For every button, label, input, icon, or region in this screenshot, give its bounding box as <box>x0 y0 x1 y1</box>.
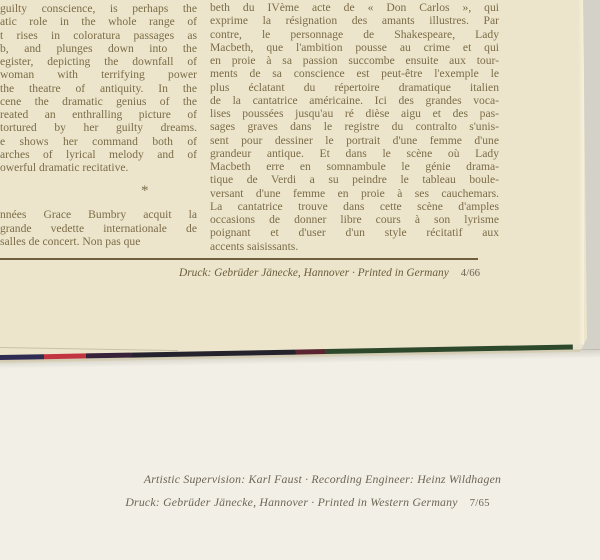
text-line: grande vedette internationale de <box>0 222 197 235</box>
paper-crease <box>0 347 178 351</box>
record-sleeve-photo: Artistic Supervision: Karl Faust · Recor… <box>0 0 600 560</box>
text-line: the theatre of antiquity. In the <box>0 82 197 95</box>
text-line: t rises in coloratura passages as <box>0 29 197 42</box>
text-line: occasions de donner libre cours à son ly… <box>210 213 499 226</box>
text-line: accents saisissants. <box>210 240 499 253</box>
footer-rule <box>0 258 478 260</box>
liner-notes-right-column: beth du IVème acte de « Don Carlos », qu… <box>210 1 499 253</box>
print-code: 7/65 <box>470 497 490 509</box>
liner-notes-left-column: guilty conscience, is perhaps theatic ro… <box>0 2 197 248</box>
credits-line: Artistic Supervision: Karl Faust · Recor… <box>55 472 590 487</box>
text-line: en proie à sa passion succombe ensuite a… <box>210 54 499 67</box>
text-line: grandeur antique. Et dans le scène où La… <box>210 147 499 160</box>
imprint-text: Druck: Gebrüder Jänecke, Hannover · Prin… <box>125 495 457 509</box>
text-line: versant d'une femme en proie à ses cauch… <box>210 187 499 200</box>
text-line: sent pour dessiner le portrait d'une fem… <box>210 134 499 147</box>
text-line: arches of lyrical melody and of <box>0 148 197 161</box>
text-line: plus éclatant du répertoire dramatique i… <box>210 81 499 94</box>
text-line: salles de concert. Non pas que <box>0 235 197 248</box>
text-line: reated an enthralling picture of <box>0 108 197 121</box>
text-line: ments de sa conscience est peut-être l'e… <box>210 67 499 80</box>
upper-print-code: 4/66 <box>461 267 480 279</box>
text-line: guilty conscience, is perhaps the <box>0 2 197 15</box>
text-line: tortured by her guilty dreams. <box>0 121 197 134</box>
text-line: b, and plunges down into the <box>0 42 197 55</box>
upper-imprint-text: Druck: Gebrüder Jänecke, Hannover · Prin… <box>179 267 449 279</box>
text-line: Macbeth erre en somnambule le génie dram… <box>210 160 499 173</box>
text-line: contre, le personnage de Shakespeare, La… <box>210 28 499 41</box>
text-line: de la cantatrice américaine. Ici des gra… <box>210 94 499 107</box>
credits-text: Artistic Supervision: Karl Faust · Recor… <box>144 472 501 486</box>
paper-edge-highlight <box>578 0 584 345</box>
text-line: woman with terrifying power <box>0 68 197 81</box>
left-column-block-b: nnées Grace Bumbry acquit lagrande vedet… <box>0 208 197 248</box>
text-line: egister, depicting the downfall of <box>0 55 197 68</box>
text-line: lises poussées jusqu'au ré dièse aigu et… <box>210 107 499 120</box>
text-line: owerful dramatic recitative. <box>0 161 197 174</box>
text-line: Macbeth, que l'ambition pousse au crime … <box>210 41 499 54</box>
text-line: poignant et d'user d'un style récitatif … <box>210 226 499 239</box>
text-line: tique de Verdi a su peindre le tableau b… <box>210 173 499 186</box>
text-line: atic role in the whole range of <box>0 15 197 28</box>
text-line: nnées Grace Bumbry acquit la <box>0 208 197 221</box>
text-line: exprime la résignation des amants illust… <box>210 14 499 27</box>
text-line: La cantatrice trouve dans cette scène d'… <box>210 200 499 213</box>
text-line: beth du IVème acte de « Don Carlos », qu… <box>210 1 499 14</box>
imprint-line: Druck: Gebrüder Jänecke, Hannover · Prin… <box>25 495 590 510</box>
upper-sleeve: guilty conscience, is perhaps theatic ro… <box>0 0 587 363</box>
text-line: sages graves dans le registre du contral… <box>210 120 499 133</box>
left-column-block-a: guilty conscience, is perhaps theatic ro… <box>0 2 197 174</box>
upper-imprint-line: Druck: Gebrüder Jänecke, Hannover · Prin… <box>0 267 480 279</box>
asterisk-separator: * <box>0 174 197 208</box>
text-line: e shows her command both of <box>0 135 197 148</box>
lower-sleeve: Artistic Supervision: Karl Faust · Recor… <box>0 350 600 560</box>
text-line: cene the dramatic genius of the <box>0 95 197 108</box>
